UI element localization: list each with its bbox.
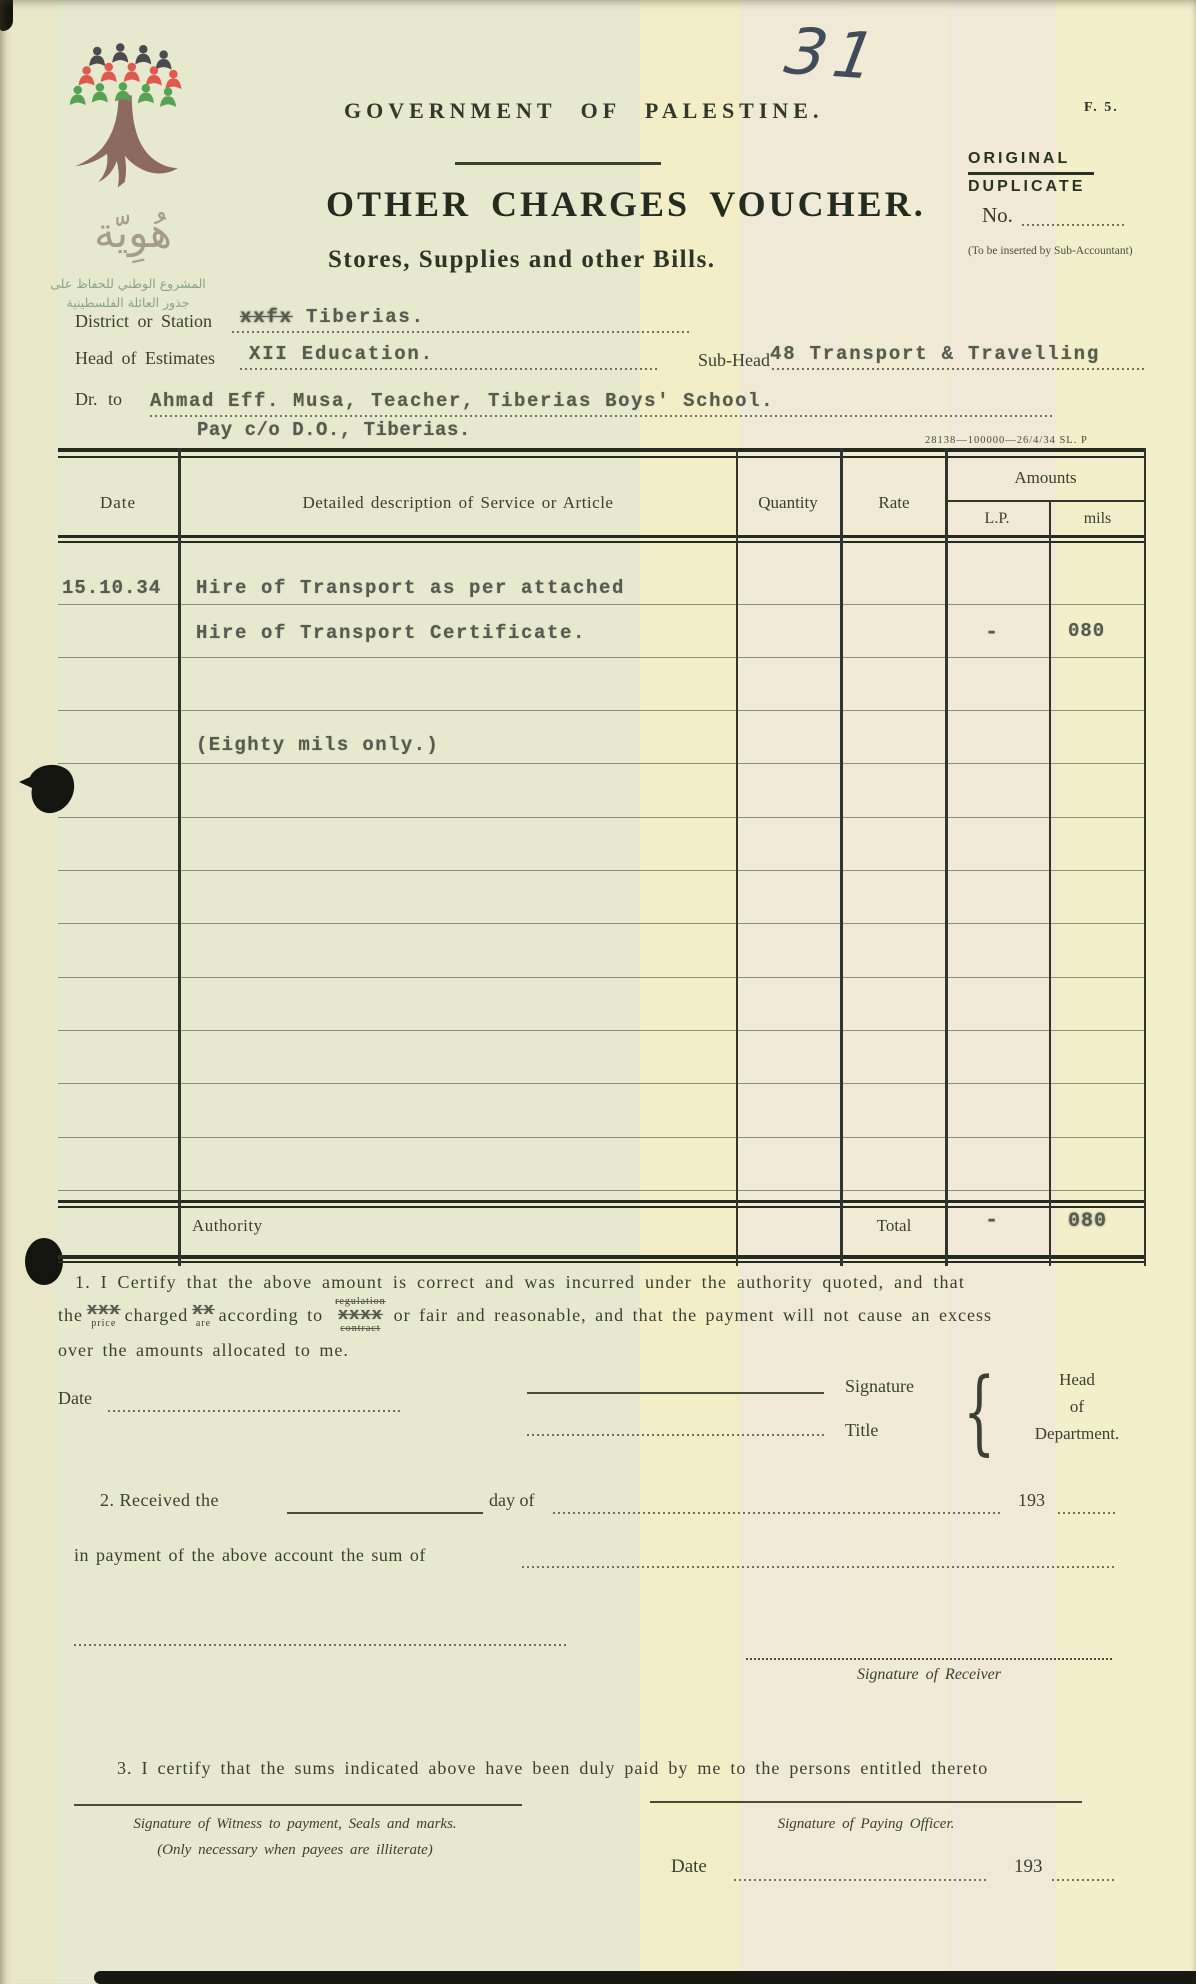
head-line2: of xyxy=(1002,1397,1152,1417)
dr-to-line xyxy=(150,415,1055,417)
head-of-estimates-label: Head of Estimates xyxy=(75,348,215,369)
col-divider xyxy=(1049,500,1051,1266)
district-label: District or Station xyxy=(75,311,212,332)
government-line: GOVERNMENT OF PALESTINE. xyxy=(344,98,823,124)
cert1-word-the: the xyxy=(58,1305,83,1326)
row-line xyxy=(58,657,1146,658)
received-year-line xyxy=(1058,1512,1115,1514)
rule xyxy=(58,535,1146,538)
rule xyxy=(58,1200,1146,1203)
row-line xyxy=(58,817,1146,818)
total-lp-value: - xyxy=(985,1208,998,1233)
handwritten-number: 31 xyxy=(780,15,888,95)
logo-calligraphy: هُوِيّة xyxy=(48,208,218,257)
cert1-struck-price: xxx price xyxy=(87,1302,121,1329)
cert1-struck-are: xx are xyxy=(192,1302,214,1329)
copy-strike-rule xyxy=(968,172,1094,175)
row-line xyxy=(58,870,1146,871)
cert1-line2-tail: or fair and reasonable, and that the pay… xyxy=(394,1305,992,1326)
page-subtitle: Stores, Supplies and other Bills. xyxy=(328,246,716,274)
col-divider xyxy=(840,448,843,1266)
head-of-estimates-line xyxy=(240,368,658,370)
row-line xyxy=(58,923,1146,924)
witness-sig-label: Signature of Witness to payment, Seals a… xyxy=(60,1816,530,1833)
col-header-rate: Rate xyxy=(843,493,945,513)
entry-lp-value: - xyxy=(985,620,998,645)
dr-to-label: Dr. to xyxy=(75,389,122,410)
district-line xyxy=(232,331,690,333)
receiver-sig-label: Signature of Receiver xyxy=(746,1666,1112,1684)
district-value: xxfx Tiberias. xyxy=(240,306,425,328)
charges-table: Date Detailed description of Service or … xyxy=(58,448,1146,1266)
bottom-year-line xyxy=(1052,1879,1115,1881)
total-mils-value: 080 xyxy=(1068,1210,1107,1233)
bottom-year: 193 xyxy=(1014,1856,1043,1878)
certificate3-line: 3. I certify that the sums indicated abo… xyxy=(117,1758,988,1779)
entry-description-line2: Hire of Transport Certificate. xyxy=(196,622,586,644)
amounts-underline xyxy=(945,500,1146,502)
header-rule xyxy=(455,162,661,165)
row-line xyxy=(58,604,1146,605)
entry-description-line1: Hire of Transport as per attached xyxy=(196,577,625,599)
sig-date-line xyxy=(108,1410,400,1412)
title-label: Title xyxy=(845,1420,878,1441)
payment-sum-label: in payment of the above account the sum … xyxy=(74,1545,426,1566)
receiver-sig-line xyxy=(746,1658,1112,1660)
copy-duplicate-label: DUPLICATE xyxy=(968,178,1085,196)
copy-original-label: ORIGINAL xyxy=(968,150,1070,168)
voucher-no-label: No. xyxy=(982,203,1013,228)
sig-date-label: Date xyxy=(58,1388,92,1409)
scan-bottom-bar xyxy=(94,1971,1196,1984)
col-divider xyxy=(945,448,948,1266)
corner-ink-mark xyxy=(0,0,13,31)
head-line1: Head xyxy=(1002,1370,1152,1390)
entry-date: 15.10.34 xyxy=(62,577,161,599)
certificate1-line1: 1. I Certify that the above amount is co… xyxy=(75,1272,965,1293)
district-value-text: Tiberias. xyxy=(306,306,425,328)
pay-care-of-value: Pay c/o D.O., Tiberias. xyxy=(197,419,471,441)
row-line xyxy=(58,763,1146,764)
row-line xyxy=(58,977,1146,978)
received-month-line xyxy=(553,1512,1003,1514)
row-line xyxy=(58,1083,1146,1084)
col-header-date: Date xyxy=(58,493,178,513)
rule xyxy=(58,541,1146,543)
voucher-no-line xyxy=(1022,224,1126,226)
cert1-struck-regulation-contract: regulation xxxx contract xyxy=(335,1297,386,1334)
copy-box-note: (To be inserted by Sub-Accountant) xyxy=(968,244,1148,258)
col-header-amounts: Amounts xyxy=(945,468,1146,488)
logo-tree-icon xyxy=(68,38,192,220)
head-of-department: Head of Department. xyxy=(1002,1370,1152,1444)
entry-mils-value: 080 xyxy=(1068,620,1105,642)
payment-sum-line xyxy=(522,1566,1114,1568)
head-line3: Department. xyxy=(1002,1424,1152,1444)
rule xyxy=(58,456,1146,458)
title-line xyxy=(527,1434,824,1436)
blank-line xyxy=(74,1644,566,1646)
witness-sig-line xyxy=(74,1804,522,1806)
col-header-description: Detailed description of Service or Artic… xyxy=(180,493,736,513)
row-line xyxy=(58,1030,1146,1031)
rule xyxy=(58,1255,1146,1259)
col-divider xyxy=(1144,448,1146,1266)
head-of-estimates-value: XII Education. xyxy=(249,343,434,365)
received-prefix: 2. Received the xyxy=(100,1490,219,1511)
signature-label: Signature xyxy=(845,1376,914,1397)
received-day-line xyxy=(287,1512,483,1514)
cert1-word-according: according to xyxy=(219,1305,323,1326)
col-header-lp: L.P. xyxy=(945,510,1049,528)
district-struck-text: xxfx xyxy=(240,306,293,328)
logo-project-line1: المشروع الوطني للحفاظ على xyxy=(23,276,233,291)
page-title: OTHER CHARGES VOUCHER. xyxy=(326,183,926,225)
witness-note: (Only necessary when payees are illitera… xyxy=(60,1842,530,1859)
logo-project-line2: جذور العائلة الفلسطينية xyxy=(23,295,233,310)
certificate1-line3: over the amounts allocated to me. xyxy=(58,1340,349,1361)
dr-to-value: Ahmad Eff. Musa, Teacher, Tiberias Boys'… xyxy=(150,390,774,412)
print-reference: 28138—100000—26/4/34 SL. P xyxy=(925,435,1088,446)
form-code: F. 5. xyxy=(1084,100,1119,116)
authority-label: Authority xyxy=(192,1216,263,1236)
brace-glyph: { xyxy=(963,1366,995,1458)
col-header-mils: mils xyxy=(1049,510,1146,528)
entry-amount-note: (Eighty mils only.) xyxy=(196,734,439,756)
bottom-date-line xyxy=(734,1879,986,1881)
col-divider xyxy=(178,448,181,1266)
total-label: Total xyxy=(843,1216,945,1236)
voucher-document: هُوِيّة المشروع الوطني للحفاظ على جذور ا… xyxy=(0,0,1196,1984)
received-year: 193 xyxy=(1018,1490,1045,1511)
subhead-label: Sub-Head xyxy=(698,350,770,371)
rule xyxy=(58,1206,1146,1208)
paying-officer-sig-line xyxy=(650,1801,1082,1803)
row-line xyxy=(58,710,1146,711)
paying-officer-sig-label: Signature of Paying Officer. xyxy=(650,1816,1082,1833)
row-line xyxy=(58,1190,1146,1191)
received-dayof: day of xyxy=(489,1490,534,1511)
rule xyxy=(58,1261,1146,1263)
subhead-line xyxy=(772,368,1145,370)
col-divider xyxy=(736,448,738,1266)
certificate1-line2: the xxx price charged xx are according t… xyxy=(58,1294,1158,1336)
col-header-quantity: Quantity xyxy=(736,493,840,513)
signature-line xyxy=(527,1392,824,1394)
row-line xyxy=(58,1137,1146,1138)
subhead-value: 48 Transport & Travelling xyxy=(770,343,1100,365)
rule xyxy=(58,448,1146,452)
cert1-word-charged: charged xyxy=(125,1305,189,1326)
bottom-date-label: Date xyxy=(671,1856,707,1878)
